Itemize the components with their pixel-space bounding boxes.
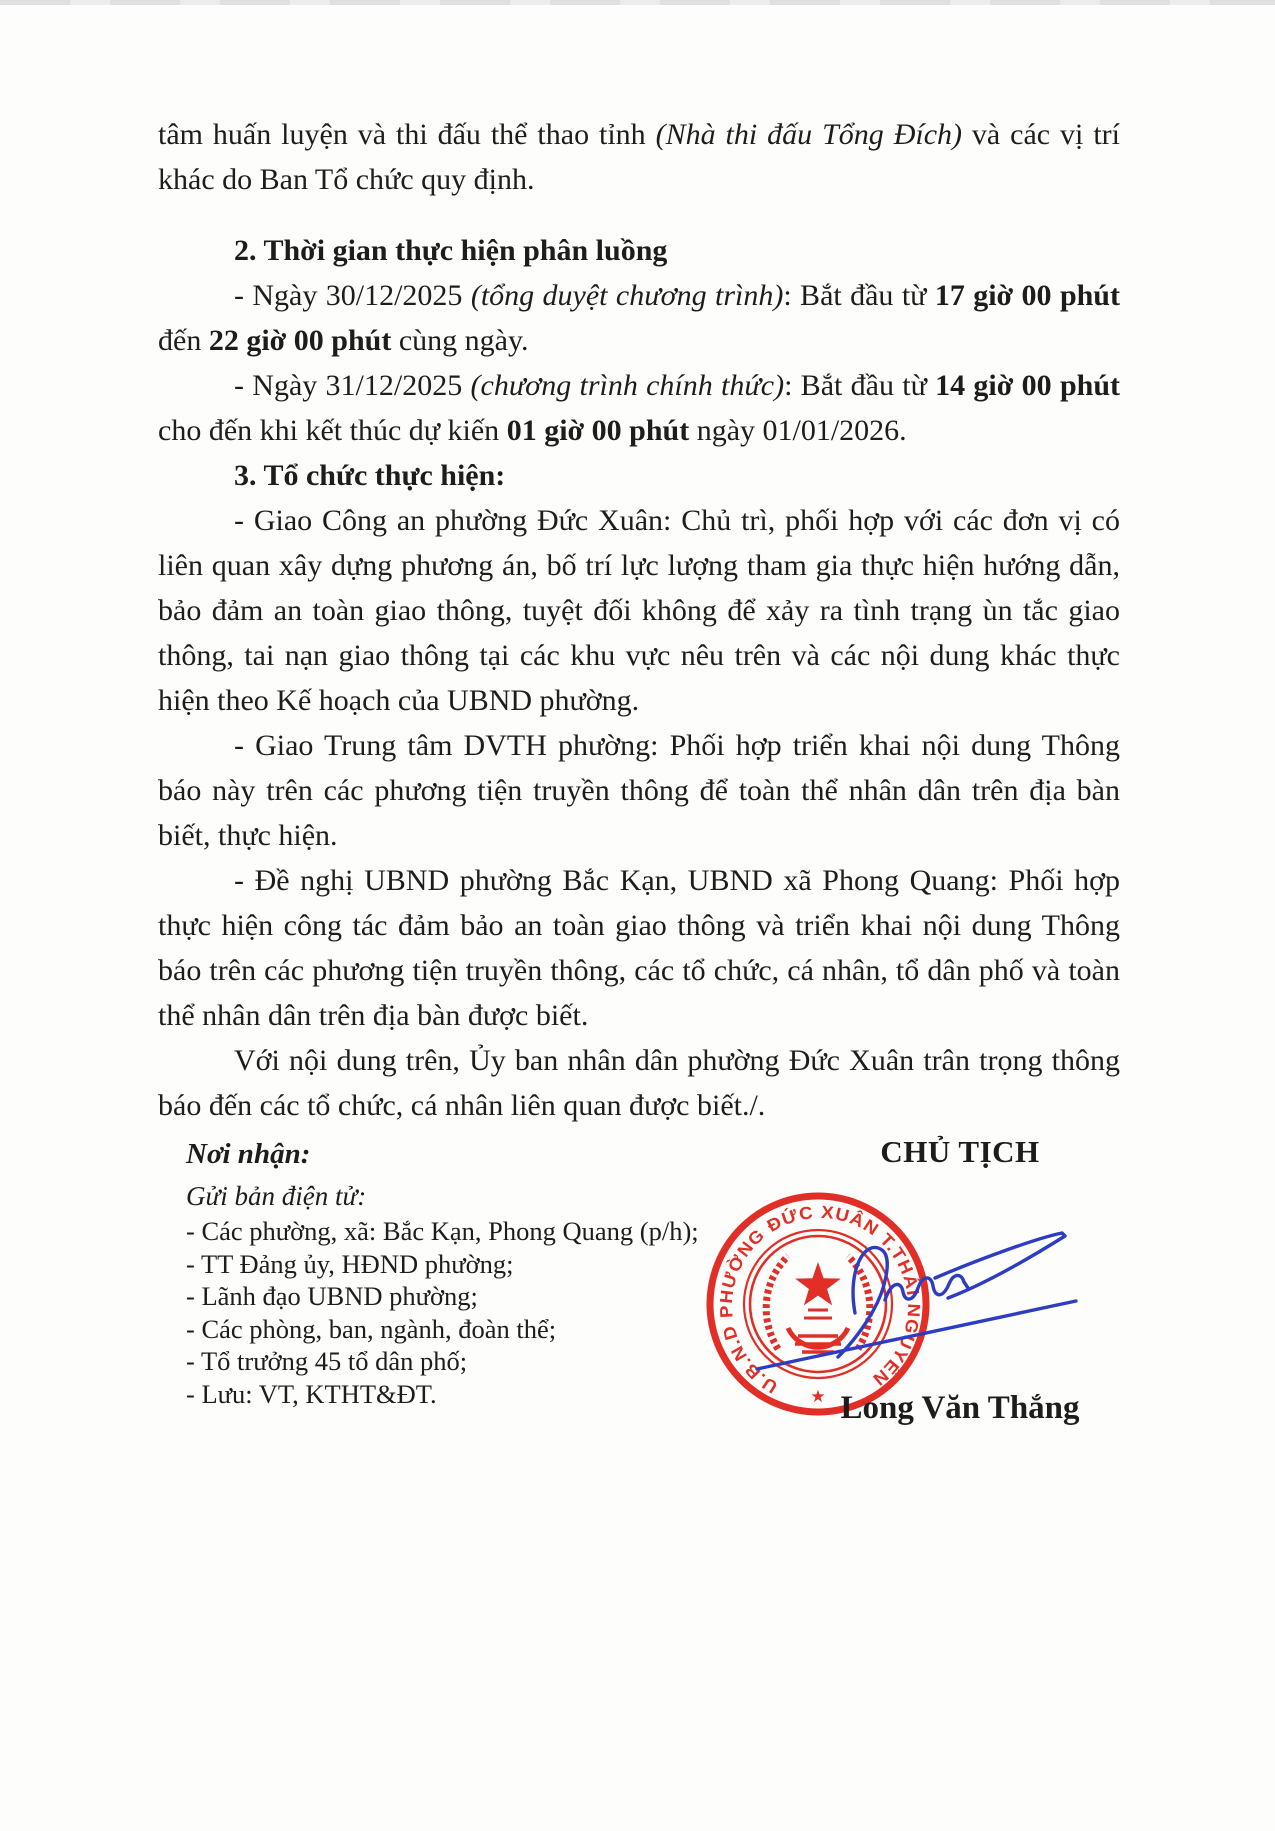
text-run-italic: (Nhà thi đấu Tổng Đích) [656, 118, 962, 151]
recipient-item: - Lưu: VT, KTHT&ĐT. [186, 1378, 699, 1411]
text-run-bold: 22 giờ 00 phút [209, 324, 392, 357]
recipient-item: - Tổ trưởng 45 tổ dân phố; [186, 1345, 699, 1378]
recipient-item: - Các phòng, ban, ngành, đoàn thể; [186, 1313, 699, 1346]
text-run-bold: 17 giờ 00 phút [935, 279, 1120, 312]
paragraph-police-task: - Giao Công an phường Đức Xuân: Chủ trì,… [158, 498, 1120, 723]
paragraph-neighbor-wards-task: - Đề nghị UBND phường Bắc Kạn, UBND xã P… [158, 858, 1120, 1038]
paragraph-schedule-rehearsal: - Ngày 30/12/2025 (tổng duyệt chương trì… [158, 273, 1120, 363]
paragraph-closing: Với nội dung trên, Ủy ban nhân dân phườn… [158, 1038, 1120, 1128]
recipient-item: - Các phường, xã: Bắc Kạn, Phong Quang (… [186, 1215, 699, 1248]
paragraph-venues: tâm huấn luyện và thi đấu thể thao tỉnh … [158, 112, 1120, 202]
text-run: - Ngày 30/12/2025 [234, 279, 471, 312]
text-run-bold: 14 giờ 00 phút [935, 369, 1120, 402]
recipient-item: - Lãnh đạo UBND phường; [186, 1280, 699, 1313]
signer-title: CHỦ TỊCH [800, 1134, 1120, 1170]
text-run: cho đến khi kết thúc dự kiến [158, 414, 507, 447]
text-run: : Bắt đầu từ [783, 279, 934, 312]
recipients-list: - Các phường, xã: Bắc Kạn, Phong Quang (… [186, 1215, 699, 1410]
scan-edge-strip [0, 0, 1275, 5]
text-run-italic: (chương trình chính thức) [471, 369, 785, 402]
signature [735, 1208, 1095, 1378]
text-run: tâm huấn luyện và thi đấu thể thao tỉnh [158, 118, 656, 151]
text-run: - Ngày 31/12/2025 [234, 369, 471, 402]
document-page: tâm huấn luyện và thi đấu thể thao tỉnh … [0, 0, 1275, 1831]
recipients-label: Nơi nhận: [186, 1138, 310, 1171]
document-body: tâm huấn luyện và thi đấu thể thao tỉnh … [158, 112, 1120, 1128]
text-run: cùng ngày. [391, 324, 528, 357]
signer-name: Long Văn Thắng [790, 1390, 1130, 1427]
text-run: đến [158, 324, 209, 357]
section-heading-3: 3. Tổ chức thực hiện: [158, 453, 1120, 498]
text-run-italic: (tổng duyệt chương trình) [471, 279, 784, 312]
recipient-item: - TT Đảng ủy, HĐND phường; [186, 1248, 699, 1281]
text-run: ngày 01/01/2026. [689, 414, 907, 447]
text-run-bold: 01 giờ 00 phút [507, 414, 690, 447]
paragraph-media-center-task: - Giao Trung tâm DVTH phường: Phối hợp t… [158, 723, 1120, 858]
text-run: : Bắt đầu từ [784, 369, 935, 402]
paragraph-schedule-official: - Ngày 31/12/2025 (chương trình chính th… [158, 363, 1120, 453]
section-heading-2: 2. Thời gian thực hiện phân luồng [158, 228, 1120, 273]
recipients-subtitle: Gửi bản điện tử: [186, 1181, 366, 1212]
